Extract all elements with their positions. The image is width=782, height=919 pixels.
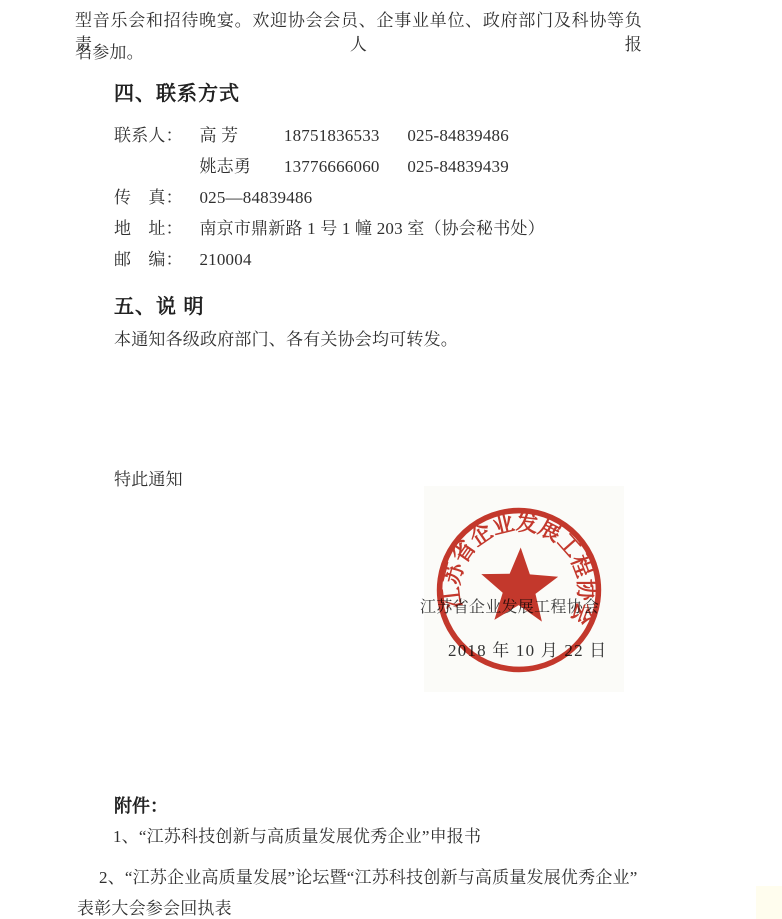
address-label: 地 址： — [114, 217, 195, 241]
intro-paragraph-line2: 名参加。 — [75, 41, 144, 65]
attachment-item-1: 1、“江苏科技创新与高质量发展优秀企业”申报书 — [113, 825, 481, 849]
contact-tel: 025-84839439 — [407, 157, 509, 176]
intro-paragraph-line1: 型音乐会和招待晚宴。欢迎协会会员、企事业单位、政府部门及科协等负责人报 — [75, 9, 642, 57]
contact-row-2: 姚志勇 13776666060 025-84839439 — [114, 155, 509, 179]
attachments-heading: 附件： — [114, 792, 168, 818]
seal-star-icon — [480, 546, 559, 622]
section-heading-note: 五、说 明 — [114, 290, 205, 319]
attachment-item-2-line1: 2、“江苏企业高质量发展”论坛暨“江苏科技创新与高质量发展优秀企业” — [99, 866, 637, 890]
fax-row: 传 真： 025—84839486 — [114, 186, 312, 210]
document-page: 型音乐会和招待晚宴。欢迎协会会员、企事业单位、政府部门及科协等负责人报 名参加。… — [0, 0, 782, 919]
contact-row-1: 联系人： 高 芳 18751836533 025-84839486 — [114, 124, 509, 148]
attachment-item-2-line2: 表彰大会参会回执表 — [77, 897, 232, 919]
contact-tel: 025-84839486 — [407, 126, 509, 145]
address-row: 地 址： 南京市鼎新路 1 号 1 幢 203 室（协会秘书处） — [114, 217, 545, 241]
section-heading-contact: 四、联系方式 — [114, 77, 240, 106]
contact-mobile: 18751836533 — [284, 124, 403, 148]
closing-phrase: 特此通知 — [114, 468, 183, 492]
official-seal-stamp: 江苏省企业发展工程协会 — [421, 492, 618, 689]
contact-name: 高 芳 — [199, 124, 279, 148]
zip-row: 邮 编： 210004 — [114, 248, 252, 272]
note-paragraph: 本通知各级政府部门、各有关协会均可转发。 — [114, 328, 458, 352]
address-value: 南京市鼎新路 1 号 1 幢 203 室（协会秘书处） — [199, 219, 544, 238]
contact-name: 姚志勇 — [199, 155, 279, 179]
contact-label: 联系人： — [114, 124, 195, 148]
zip-value: 210004 — [199, 250, 251, 269]
fax-label: 传 真： — [114, 186, 195, 210]
zip-label: 邮 编： — [114, 248, 195, 272]
fax-number: 025—84839486 — [199, 188, 312, 207]
contact-mobile: 13776666060 — [284, 155, 403, 179]
scan-corner-artifact — [756, 886, 782, 919]
